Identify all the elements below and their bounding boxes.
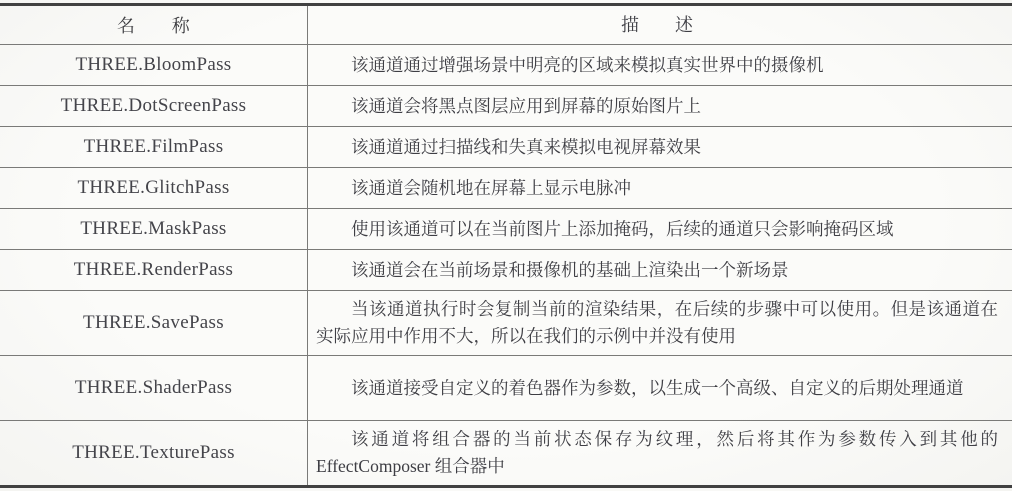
pass-description: 该通道通过扫描线和失真来模拟电视屏幕效果 <box>308 134 1012 161</box>
pass-description-cell: 该通道通过增强场景中明亮的区域来模拟真实世界中的摄像机 <box>307 45 1012 85</box>
table-row: THREE.GlitchPass 该通道会随机地在屏幕上显示电脉冲 <box>0 167 1012 208</box>
pass-name-cell: THREE.TexturePass <box>0 421 307 485</box>
table-row: THREE.DotScreenPass 该通道会将黑点图层应用到屏幕的原始图片上 <box>0 85 1012 126</box>
scanned-page: 名 称 描 述 THREE.BloomPass 该通道通过增强场景中明亮的区域来… <box>0 0 1012 491</box>
pass-description: 该通道会在当前场景和摄像机的基础上渲染出一个新场景 <box>308 257 1012 284</box>
table-row: THREE.ShaderPass 该通道接受自定义的着色器作为参数，以生成一个高… <box>0 355 1012 420</box>
pass-description-cell: 该通道会将黑点图层应用到屏幕的原始图片上 <box>307 86 1012 126</box>
pass-description-cell: 该通道会随机地在屏幕上显示电脉冲 <box>307 168 1012 208</box>
pass-description-cell: 该通道通过扫描线和失真来模拟电视屏幕效果 <box>307 127 1012 167</box>
header-label-description: 描 述 <box>308 12 1012 39</box>
header-cell-description: 描 述 <box>307 6 1012 44</box>
table-row: THREE.SavePass 当该通道执行时会复制当前的渲染结果，在后续的步骤中… <box>0 290 1012 355</box>
pass-description-cell: 当该通道执行时会复制当前的渲染结果，在后续的步骤中可以使用。但是该通道在实际应用… <box>307 291 1012 355</box>
pass-description: 该通道将组合器的当前状态保存为纹理，然后将其作为参数传入到其他的 EffectC… <box>308 426 1012 480</box>
pass-name-cell: THREE.MaskPass <box>0 209 307 249</box>
pass-description: 当该通道执行时会复制当前的渲染结果，在后续的步骤中可以使用。但是该通道在实际应用… <box>308 296 1012 350</box>
pass-description-cell: 使用该通道可以在当前图片上添加掩码，后续的通道只会影响掩码区域 <box>307 209 1012 249</box>
pass-name-cell: THREE.DotScreenPass <box>0 86 307 126</box>
pass-name-cell: THREE.GlitchPass <box>0 168 307 208</box>
table-row: THREE.BloomPass 该通道通过增强场景中明亮的区域来模拟真实世界中的… <box>0 44 1012 85</box>
pass-description: 该通道会随机地在屏幕上显示电脉冲 <box>308 175 1012 202</box>
table-row: THREE.TexturePass 该通道将组合器的当前状态保存为纹理，然后将其… <box>0 420 1012 485</box>
table-row: THREE.MaskPass 使用该通道可以在当前图片上添加掩码，后续的通道只会… <box>0 208 1012 249</box>
pass-name: THREE.GlitchPass <box>77 177 229 199</box>
pass-name-cell: THREE.SavePass <box>0 291 307 355</box>
pass-description-cell: 该通道将组合器的当前状态保存为纹理，然后将其作为参数传入到其他的 EffectC… <box>307 421 1012 485</box>
pass-name-cell: THREE.BloomPass <box>0 45 307 85</box>
pass-description: 该通道通过增强场景中明亮的区域来模拟真实世界中的摄像机 <box>308 52 1012 79</box>
header-label-name: 名 称 <box>117 12 190 38</box>
table-row: THREE.RenderPass 该通道会在当前场景和摄像机的基础上渲染出一个新… <box>0 249 1012 290</box>
pass-name: THREE.BloomPass <box>76 54 232 76</box>
pass-name: THREE.DotScreenPass <box>61 95 247 117</box>
pass-name: THREE.FilmPass <box>84 136 224 158</box>
pass-name-cell: THREE.FilmPass <box>0 127 307 167</box>
pass-name: THREE.MaskPass <box>80 218 226 240</box>
pass-description-cell: 该通道会在当前场景和摄像机的基础上渲染出一个新场景 <box>307 250 1012 290</box>
pass-description-cell: 该通道接受自定义的着色器作为参数，以生成一个高级、自定义的后期处理通道 <box>307 356 1012 420</box>
pass-description: 该通道会将黑点图层应用到屏幕的原始图片上 <box>308 93 1012 120</box>
pass-name: THREE.ShaderPass <box>75 377 232 399</box>
pass-description: 使用该通道可以在当前图片上添加掩码，后续的通道只会影响掩码区域 <box>308 216 1012 243</box>
table-header-row: 名 称 描 述 <box>0 6 1012 44</box>
pass-name: THREE.TexturePass <box>72 442 235 464</box>
pass-name: THREE.SavePass <box>83 312 224 334</box>
pass-name: THREE.RenderPass <box>74 259 233 281</box>
pass-types-table: 名 称 描 述 THREE.BloomPass 该通道通过增强场景中明亮的区域来… <box>0 3 1012 488</box>
pass-name-cell: THREE.RenderPass <box>0 250 307 290</box>
header-cell-name: 名 称 <box>0 6 307 44</box>
pass-name-cell: THREE.ShaderPass <box>0 356 307 420</box>
table-row: THREE.FilmPass 该通道通过扫描线和失真来模拟电视屏幕效果 <box>0 126 1012 167</box>
pass-description: 该通道接受自定义的着色器作为参数，以生成一个高级、自定义的后期处理通道 <box>308 375 1012 402</box>
